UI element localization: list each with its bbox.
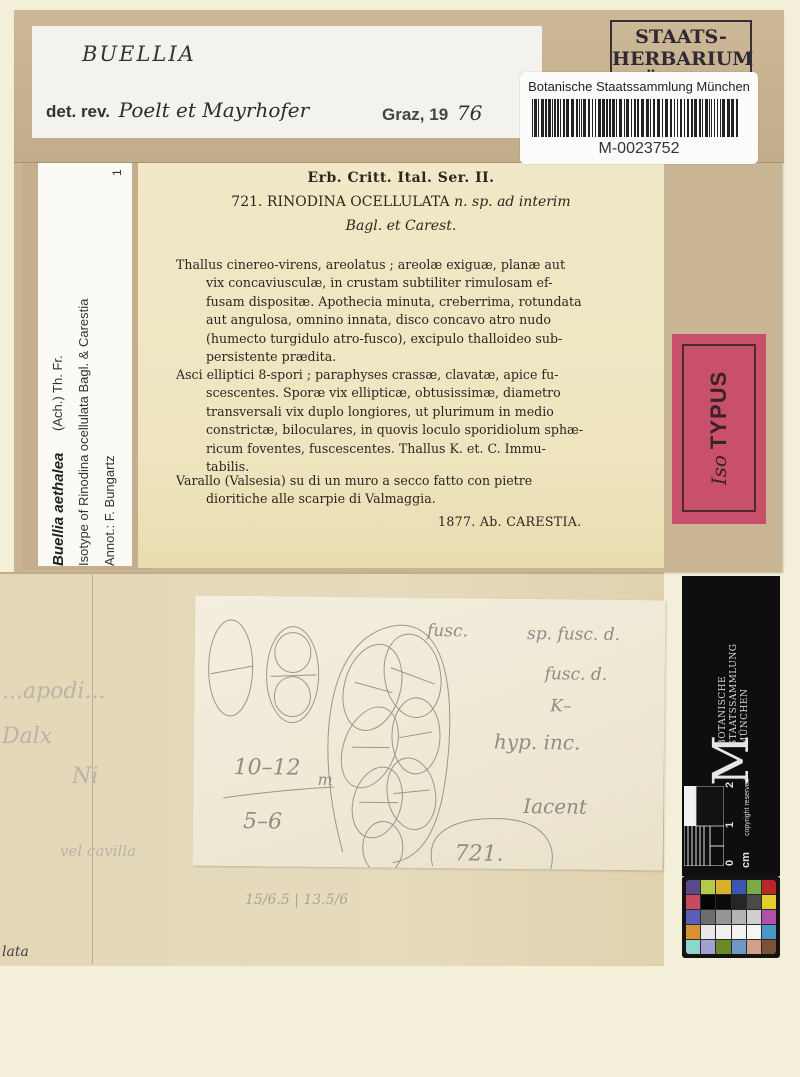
spore-length: 10–12 — [233, 755, 300, 781]
isotype-prefix-handwritten: Iso — [707, 455, 731, 485]
place-prefix: Graz, 19 — [382, 105, 448, 124]
text-line: vix concaviusculæ, in crustam subtiliter… — [176, 274, 616, 292]
pencil-note: fusc. d. — [543, 664, 608, 685]
pencil-note: sp. fusc. d. — [527, 624, 620, 645]
year-handwritten: 76 — [457, 101, 482, 125]
institution-line: BOTANISCHE — [718, 676, 728, 746]
color-patch — [701, 910, 715, 924]
determiners-handwritten: Poelt et Mayrhofer — [119, 98, 310, 122]
unit-mark: m — [317, 770, 332, 789]
corner-text: lata — [2, 944, 29, 960]
faint-pencil-note: vel cavilla — [60, 842, 136, 860]
barcode-institution: Botanische Staatssammlung München — [520, 79, 758, 94]
isotype-label: Iso TYPUS — [672, 334, 766, 524]
annotation-species: Buellia aethalea — [50, 453, 67, 566]
color-patch — [686, 895, 700, 909]
annotation-author: (Ach.) Th. Fr. — [50, 355, 65, 431]
institution-line: MÜNCHEN — [740, 689, 750, 746]
color-calibration-chart — [682, 876, 780, 958]
scale-ruler-icon — [684, 786, 724, 866]
description-paragraph-1: Thallus cinereo-virens, areolatus ; areo… — [176, 256, 616, 366]
color-patch — [747, 940, 761, 954]
circled-number: 721. — [455, 841, 504, 867]
color-patch — [686, 880, 700, 894]
spore-sketch-paper: 10–12 m 5–6 721. fusc. sp. fusc. d. fusc… — [193, 596, 666, 871]
color-patch — [762, 925, 776, 939]
text-line: persistente prædita. — [176, 348, 616, 366]
annotation-label: Buellia aethalea (Ach.) Th. Fr. Isotype … — [38, 162, 132, 566]
species-authority: Bagl. et Carest. — [138, 218, 664, 234]
text-line: dioritiche alle scarpie di Valmaggia. — [176, 490, 616, 508]
spore-sketch-drawing: 10–12 m 5–6 721. fusc. sp. fusc. d. fusc… — [193, 596, 666, 871]
color-patch — [747, 895, 761, 909]
color-patch — [762, 910, 776, 924]
description-paragraph-2: Asci elliptici 8-spori ; paraphyses cras… — [176, 366, 616, 476]
color-patch — [716, 940, 730, 954]
scale-bar-card: 0 1 2 cm copyright reserved M BOTANISCHE… — [682, 576, 780, 876]
determination-row: det. rev. Poelt et Mayrhofer — [46, 98, 309, 122]
barcode-icon — [532, 99, 744, 137]
color-patch-grid — [686, 880, 776, 954]
barcode-label: Botanische Staatssammlung München M-0023… — [520, 72, 758, 164]
faint-pencil-note: Dalx — [2, 724, 52, 749]
collector-line: 1877. Ab. CARESTIA. — [438, 514, 581, 529]
pencil-note: hyp. inc. — [494, 730, 581, 755]
exsiccata-label: Erb. Critt. Ital. Ser. II. 721. RINODINA… — [138, 162, 664, 568]
copyright-note: copyright reserved — [744, 778, 751, 836]
text-line: transversali vix duplo longiores, ut plu… — [176, 403, 616, 421]
text-line: Thallus cinereo-virens, areolatus ; areo… — [176, 256, 616, 274]
pencil-note: fusc. — [425, 621, 468, 641]
color-patch — [701, 925, 715, 939]
species-title: 721. RINODINA OCELLULATA n. sp. ad inter… — [138, 194, 664, 210]
color-patch — [716, 880, 730, 894]
annotation-edge-mark: 1 — [110, 169, 124, 176]
text-line: Varallo (Valsesia) su di un muro a secco… — [176, 472, 616, 490]
color-patch — [686, 925, 700, 939]
color-patch — [686, 940, 700, 954]
color-patch — [701, 895, 715, 909]
specimen-id: M-0023752 — [520, 140, 758, 158]
color-patch — [732, 880, 746, 894]
scale-tick: 0 — [724, 860, 736, 866]
color-patch — [716, 910, 730, 924]
stamp-line-2: HERBARIUM — [612, 48, 750, 70]
color-patch — [732, 925, 746, 939]
color-patch — [732, 940, 746, 954]
text-line: ricum foventes, fuscescentes. Thallus K.… — [176, 440, 616, 458]
scale-tick-labels: 0 1 2 — [724, 776, 740, 866]
pencil-note: K– — [549, 696, 571, 716]
color-patch — [747, 925, 761, 939]
color-patch — [701, 880, 715, 894]
genus-handwritten: BUELLIA — [82, 42, 196, 66]
color-patch — [732, 895, 746, 909]
color-patch — [686, 910, 700, 924]
faint-pencil-note: ...apodi... — [2, 679, 106, 704]
determination-label: BUELLIA det. rev. Poelt et Mayrhofer Gra… — [32, 26, 542, 138]
determination-place-year: Graz, 19 76 — [382, 101, 482, 125]
species-number-name: 721. RINODINA OCELLULATA — [231, 194, 449, 210]
scale-unit: cm — [740, 852, 752, 868]
color-patch — [716, 925, 730, 939]
text-line: aut angulosa, omnino innata, disco conca… — [176, 311, 616, 329]
annotation-isotype-note: Isotype of Rinodina ocellulata Bagl. & C… — [76, 299, 91, 566]
locality-paragraph: Varallo (Valsesia) su di un muro a secco… — [176, 472, 616, 509]
color-patch — [762, 895, 776, 909]
color-patch — [747, 880, 761, 894]
text-line: constrictæ, biloculares, in quovis locul… — [176, 421, 616, 439]
text-line: scescentes. Sporæ vix ellipticæ, obtusis… — [176, 384, 616, 402]
series-title: Erb. Critt. Ital. Ser. II. — [138, 170, 664, 186]
color-patch — [732, 910, 746, 924]
pencil-note: Iacent — [522, 794, 588, 819]
stamp-line-1: STAATS- — [612, 26, 750, 48]
spore-width: 5–6 — [243, 809, 282, 834]
det-rev-prefix: det. rev. — [46, 102, 110, 121]
institution-line: STAATSSAMMLUNG — [729, 644, 739, 746]
color-patch — [716, 895, 730, 909]
species-status: n. sp. ad interim — [454, 194, 571, 210]
text-line: (humecto turgidulo atro-fusco), excipulo… — [176, 330, 616, 348]
annotation-annotator: Annot.: F. Bungartz — [102, 455, 117, 566]
color-patch — [701, 940, 715, 954]
color-patch — [747, 910, 761, 924]
pencil-fractions: 15/6.5 | 13.5/6 — [245, 892, 348, 908]
text-line: fusam dispositæ. Apothecia minuta, crebe… — [176, 293, 616, 311]
color-patch — [762, 880, 776, 894]
faint-pencil-note: Ni — [72, 764, 98, 789]
scale-tick: 1 — [724, 822, 736, 828]
isotype-word: TYPUS — [706, 371, 732, 449]
text-line: Asci elliptici 8-spori ; paraphyses cras… — [176, 366, 616, 384]
color-patch — [762, 940, 776, 954]
isotype-frame: Iso TYPUS — [682, 344, 756, 512]
